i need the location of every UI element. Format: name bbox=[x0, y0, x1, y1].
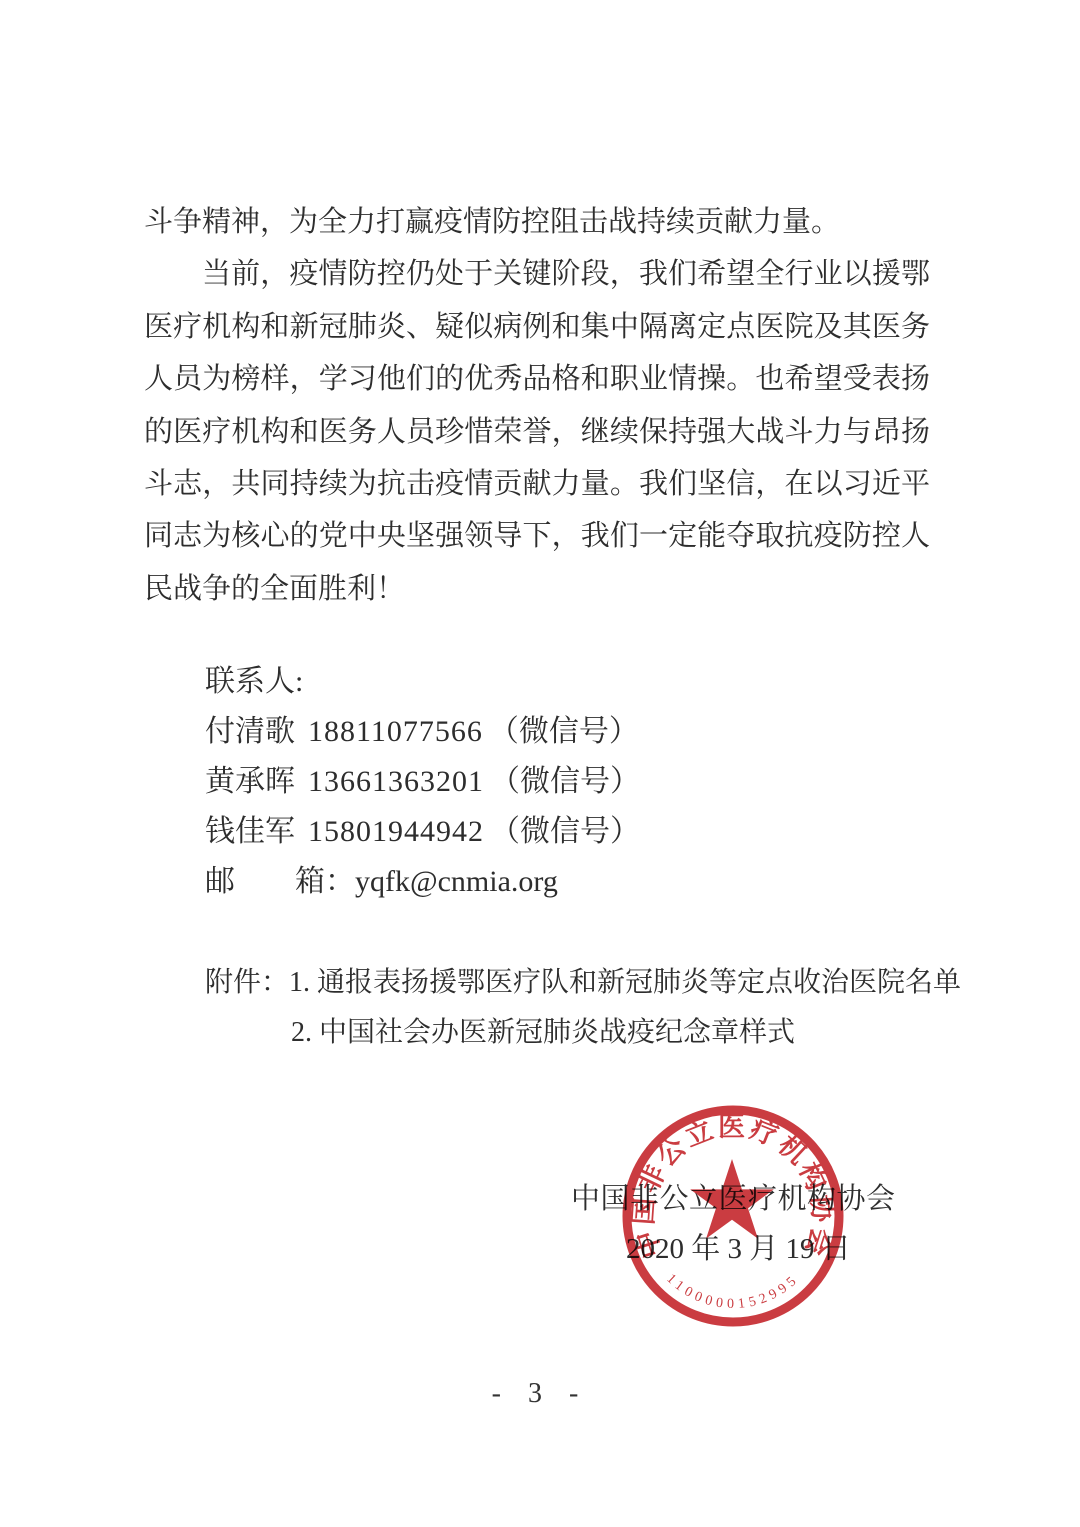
attachment-label: 附件： bbox=[205, 967, 289, 998]
attachment-item: 2. 中国社会办医新冠肺炎战疫纪念章样式 bbox=[291, 1017, 795, 1048]
page-number: - 3 - bbox=[0, 1378, 1080, 1410]
contact-row: 钱佳军15801944942（微信号） bbox=[205, 807, 640, 857]
body-line: 同志为核心的党中央坚强领导下，我们一定能夺取抗疫防控人 bbox=[144, 510, 930, 562]
wechat-note: （微信号） bbox=[490, 815, 640, 848]
email-address: yqfk@cnmia.org bbox=[355, 865, 558, 898]
body-line: 医疗机构和新冠肺炎、疑似病例和集中隔离定点医院及其医务 bbox=[144, 301, 930, 353]
wechat-note: （微信号） bbox=[490, 765, 640, 798]
body-line: 斗志，共同持续为抗击疫情贡献力量。我们坚信，在以习近平 bbox=[144, 458, 930, 510]
body-paragraphs: 斗争精神，为全力打赢疫情防控阻击战持续贡献力量。 当前，疫情防控仍处于关键阶段，… bbox=[144, 196, 930, 615]
email-label: 邮 箱： bbox=[205, 865, 355, 898]
contact-phone: 15801944942 bbox=[308, 815, 484, 848]
body-line: 当前，疫情防控仍处于关键阶段，我们希望全行业以援鄂 bbox=[144, 248, 930, 300]
seal-star-icon bbox=[690, 1159, 774, 1239]
attachment-row: 2. 中国社会办医新冠肺炎战疫纪念章样式 bbox=[205, 1008, 961, 1058]
body-line: 的医疗机构和医务人员珍惜荣誉，继续保持强大战斗力与昂扬 bbox=[144, 406, 930, 458]
contact-phone: 18811077566 bbox=[308, 715, 483, 748]
contact-phone: 13661363201 bbox=[308, 765, 484, 798]
official-seal-stamp: 中国非公立医疗机构协会 1100000152995 bbox=[608, 1091, 858, 1341]
body-line: 斗争精神，为全力打赢疫情防控阻击战持续贡献力量。 bbox=[144, 196, 930, 248]
contact-block: 联系人: 付清歌18811077566（微信号） 黄承晖13661363201（… bbox=[205, 657, 640, 907]
email-row: 邮 箱：yqfk@cnmia.org bbox=[205, 857, 640, 907]
attachment-item: 1. 通报表扬援鄂医疗队和新冠肺炎等定点收治医院名单 bbox=[289, 967, 961, 998]
body-line: 民战争的全面胜利！ bbox=[144, 563, 930, 615]
contact-row: 付清歌18811077566（微信号） bbox=[205, 707, 640, 757]
body-line: 人员为榜样，学习他们的优秀品格和职业情操。也希望受表扬 bbox=[144, 353, 930, 405]
contact-name: 钱佳军 bbox=[205, 815, 295, 848]
wechat-note: （微信号） bbox=[489, 715, 639, 748]
document-page: 斗争精神，为全力打赢疫情防控阻击战持续贡献力量。 当前，疫情防控仍处于关键阶段，… bbox=[0, 0, 1080, 1527]
contact-name: 黄承晖 bbox=[205, 765, 295, 798]
contact-heading: 联系人: bbox=[205, 657, 640, 707]
attachment-block: 附件：1. 通报表扬援鄂医疗队和新冠肺炎等定点收治医院名单 2. 中国社会办医新… bbox=[205, 958, 961, 1058]
contact-name: 付清歌 bbox=[205, 715, 295, 748]
attachment-row: 附件：1. 通报表扬援鄂医疗队和新冠肺炎等定点收治医院名单 bbox=[205, 958, 961, 1008]
contact-row: 黄承晖13661363201（微信号） bbox=[205, 757, 640, 807]
